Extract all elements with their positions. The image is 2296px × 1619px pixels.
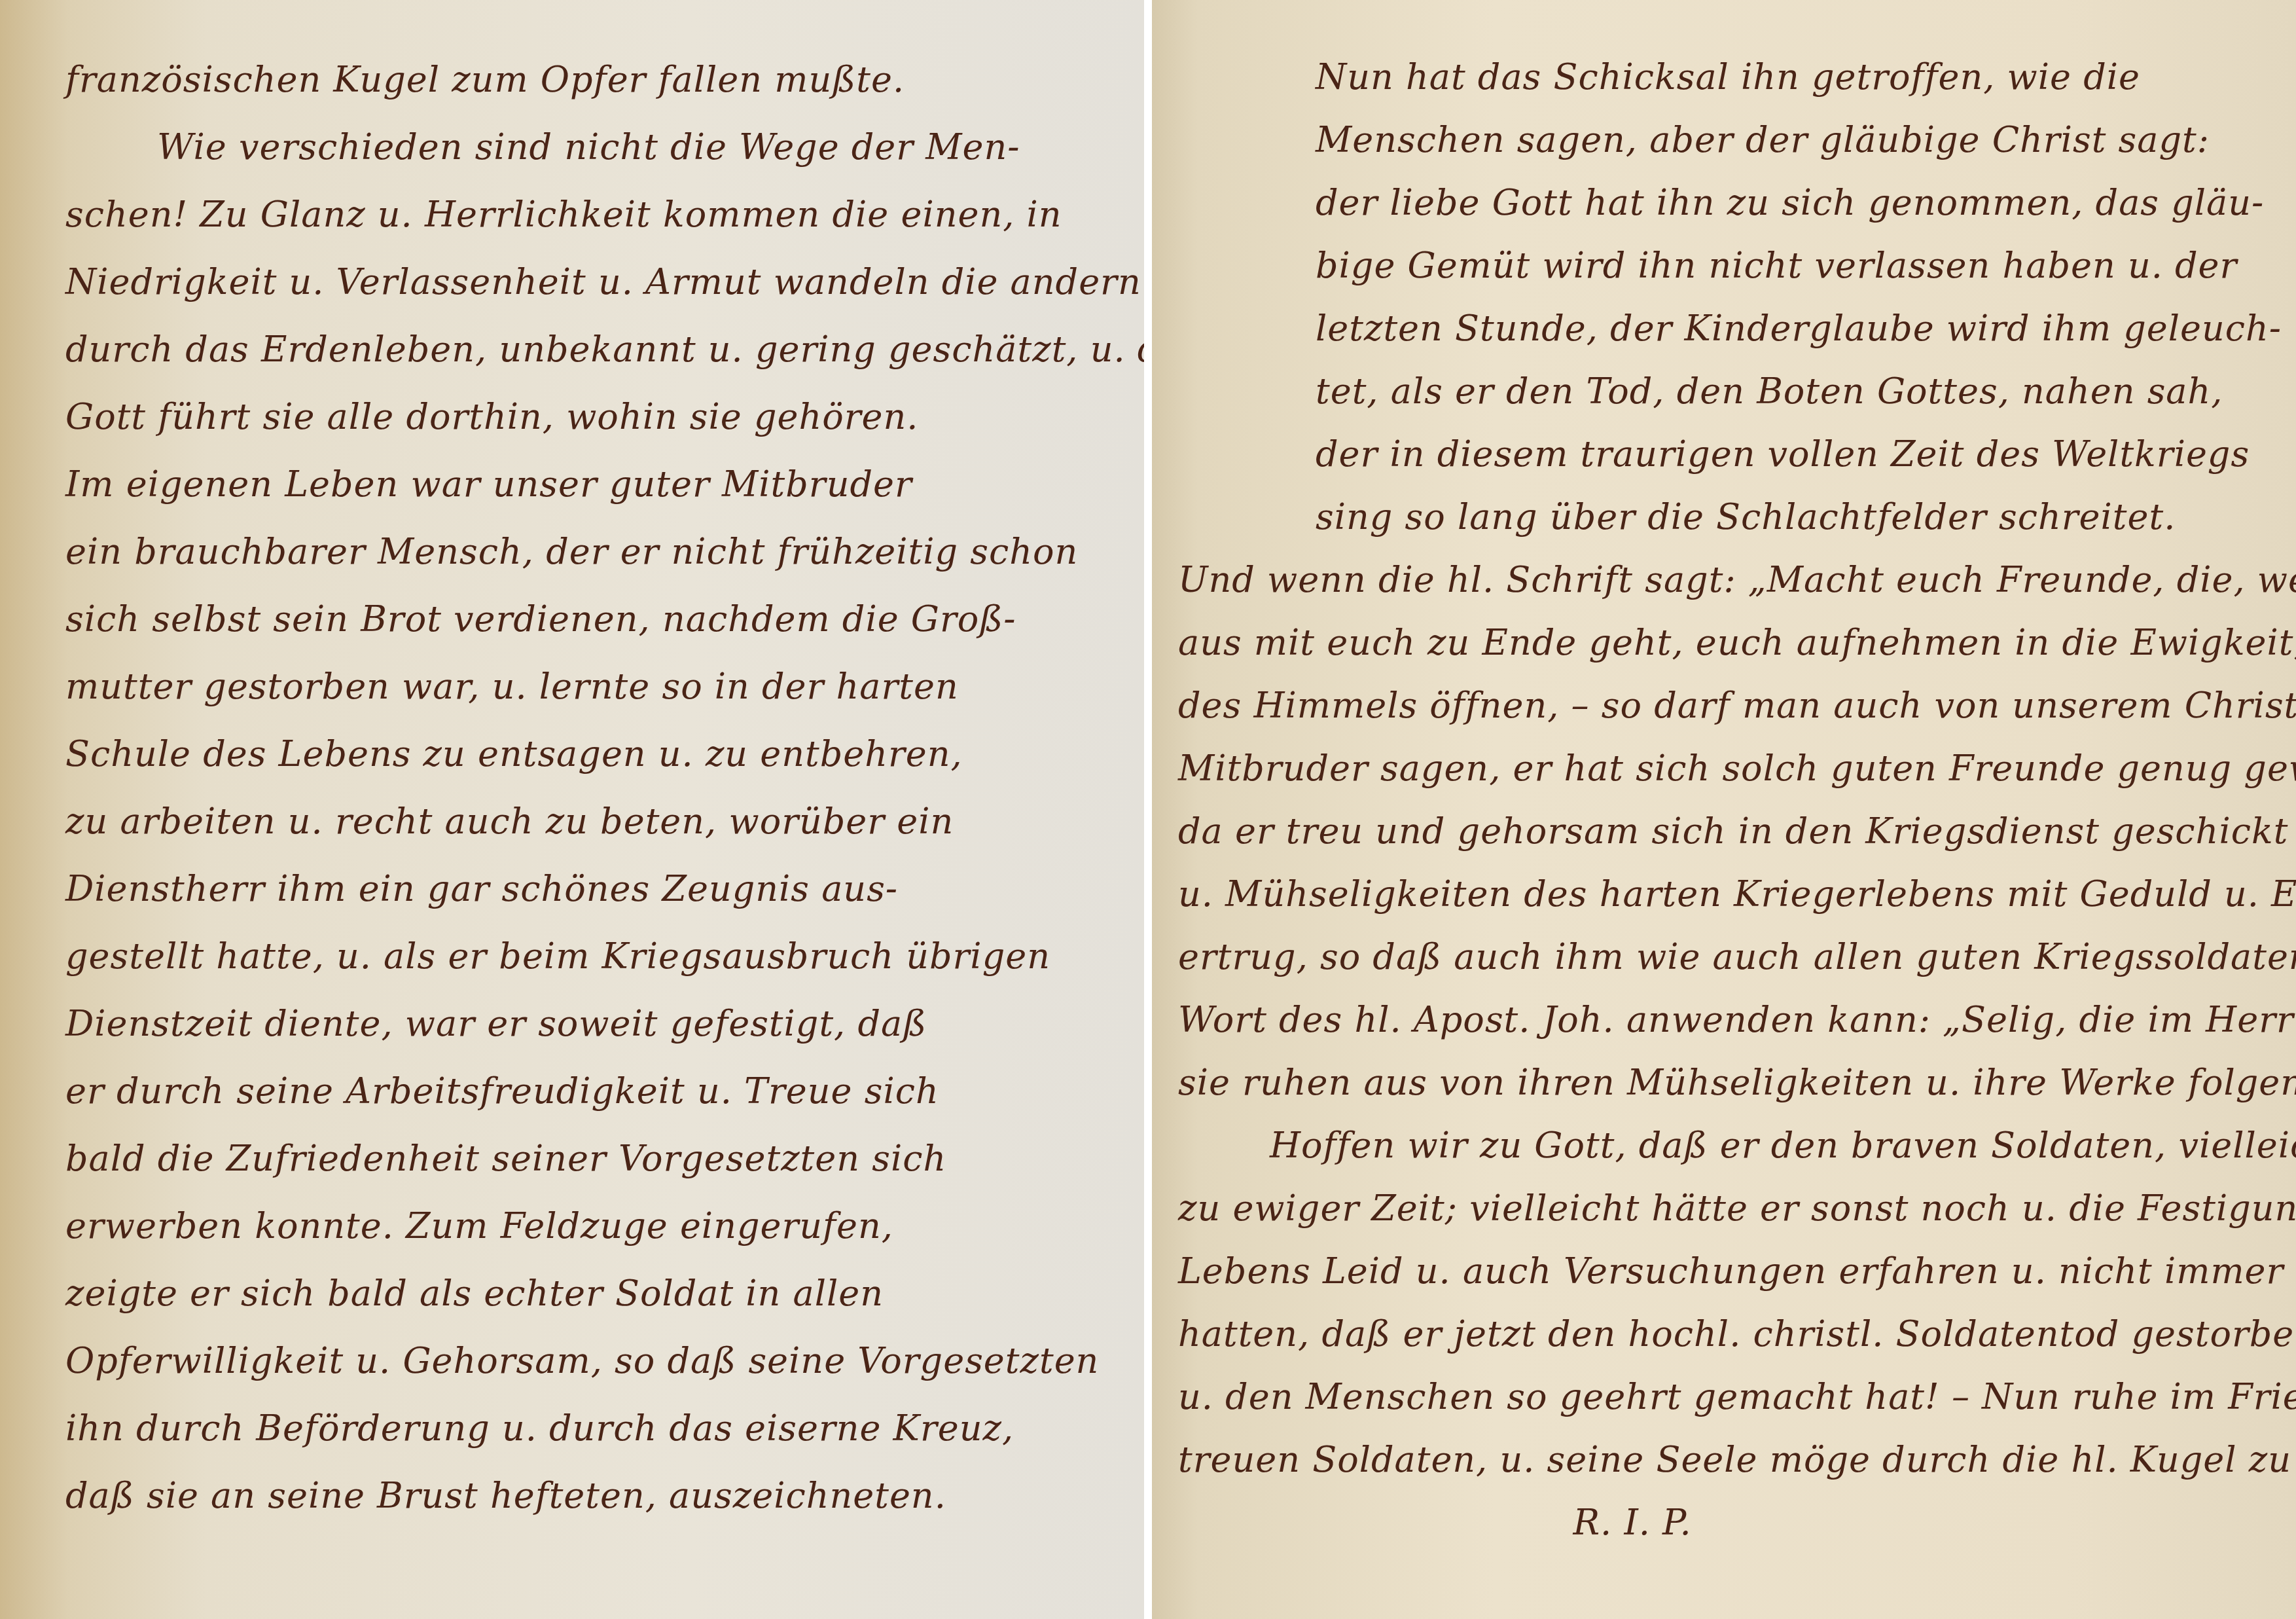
- text-line: Dienstherr ihm ein gar schönes Zeugnis a…: [65, 855, 1085, 922]
- text-line: Opferwilligkeit u. Gehorsam, so daß sein…: [65, 1327, 1085, 1394]
- text-line: Gott führt sie alle dorthin, wohin sie g…: [65, 383, 1085, 450]
- manuscript-spread: französischen Kugel zum Opfer fallen muß…: [0, 0, 2296, 1619]
- text-line: bige Gemüt wird ihn nicht verlassen habe…: [1178, 234, 2257, 297]
- text-line: des Himmels öffnen, – so darf man auch v…: [1178, 674, 2257, 737]
- text-line: erwerben konnte. Zum Feldzuge eingerufen…: [65, 1192, 1085, 1260]
- text-line: Lebens Leid u. auch Versuchungen erfahre…: [1178, 1240, 2257, 1303]
- text-line: Hoffen wir zu Gott, daß er den braven So…: [1178, 1114, 2257, 1177]
- text-line: zu arbeiten u. recht auch zu beten, worü…: [65, 788, 1085, 855]
- text-line: Nun hat das Schicksal ihn getroffen, wie…: [1178, 46, 2257, 109]
- text-line: zu ewiger Zeit; vielleicht hätte er sons…: [1178, 1177, 2257, 1240]
- text-line: Wie verschieden sind nicht die Wege der …: [65, 113, 1085, 181]
- closing-rip: R. I. P.: [1178, 1491, 2257, 1554]
- text-line: bald die Zufriedenheit seiner Vorgesetzt…: [65, 1125, 1085, 1192]
- text-line: Und wenn die hl. Schrift sagt: „Macht eu…: [1178, 549, 2257, 611]
- text-line: durch das Erdenleben, unbekannt u. gerin…: [65, 316, 1085, 383]
- text-line: daß sie an seine Brust hefteten, auszeic…: [65, 1462, 1085, 1529]
- text-line: Schule des Lebens zu entsagen u. zu entb…: [65, 720, 1085, 788]
- text-line: mutter gestorben war, u. lernte so in de…: [65, 653, 1085, 720]
- text-line: schen! Zu Glanz u. Herrlichkeit kommen d…: [65, 181, 1085, 248]
- text-line: treuen Soldaten, u. seine Seele möge dur…: [1178, 1428, 2257, 1491]
- text-line: gestellt hatte, u. als er beim Kriegsaus…: [65, 922, 1085, 990]
- text-line: aus mit euch zu Ende geht, euch aufnehme…: [1178, 611, 2257, 674]
- text-line: Niedrigkeit u. Verlassenheit u. Armut wa…: [65, 248, 1085, 316]
- text-line: Dienstzeit diente, war er soweit gefesti…: [65, 990, 1085, 1057]
- text-line: der in diesem traurigen vollen Zeit des …: [1178, 423, 2257, 486]
- text-line: ein brauchbarer Mensch, der er nicht frü…: [65, 518, 1085, 585]
- text-line: u. Mühseligkeiten des harten Kriegerlebe…: [1178, 863, 2257, 926]
- text-line: ertrug, so daß auch ihm wie auch allen g…: [1178, 926, 2257, 989]
- text-line: sie ruhen aus von ihren Mühseligkeiten u…: [1178, 1051, 2257, 1114]
- text-line: ihn durch Beförderung u. durch das eiser…: [65, 1394, 1085, 1462]
- text-line: er durch seine Arbeitsfreudigkeit u. Tre…: [65, 1057, 1085, 1125]
- text-line: sing so lang über die Schlachtfelder sch…: [1178, 486, 2257, 549]
- text-line: französischen Kugel zum Opfer fallen muß…: [65, 46, 1085, 113]
- left-page: französischen Kugel zum Opfer fallen muß…: [0, 0, 1144, 1619]
- text-line: Menschen sagen, aber der gläubige Christ…: [1178, 109, 2257, 172]
- text-line: Im eigenen Leben war unser guter Mitbrud…: [65, 450, 1085, 518]
- text-line: hatten, daß er jetzt den hochl. christl.…: [1178, 1303, 2257, 1366]
- text-line: tet, als er den Tod, den Boten Gottes, n…: [1178, 360, 2257, 423]
- text-line: Mitbruder sagen, er hat sich solch guten…: [1178, 737, 2257, 800]
- text-line: sich selbst sein Brot verdienen, nachdem…: [65, 585, 1085, 653]
- right-page: Nun hat das Schicksal ihn getroffen, wie…: [1152, 0, 2296, 1619]
- text-line: Wort des hl. Apost. Joh. anwenden kann: …: [1178, 989, 2257, 1051]
- text-line: letzten Stunde, der Kinderglaube wird ih…: [1178, 297, 2257, 360]
- text-line: der liebe Gott hat ihn zu sich genommen,…: [1178, 172, 2257, 234]
- text-line: da er treu und gehorsam sich in den Krie…: [1178, 800, 2257, 863]
- text-line: zeigte er sich bald als echter Soldat in…: [65, 1260, 1085, 1327]
- text-line: u. den Menschen so geehrt gemacht hat! –…: [1178, 1366, 2257, 1428]
